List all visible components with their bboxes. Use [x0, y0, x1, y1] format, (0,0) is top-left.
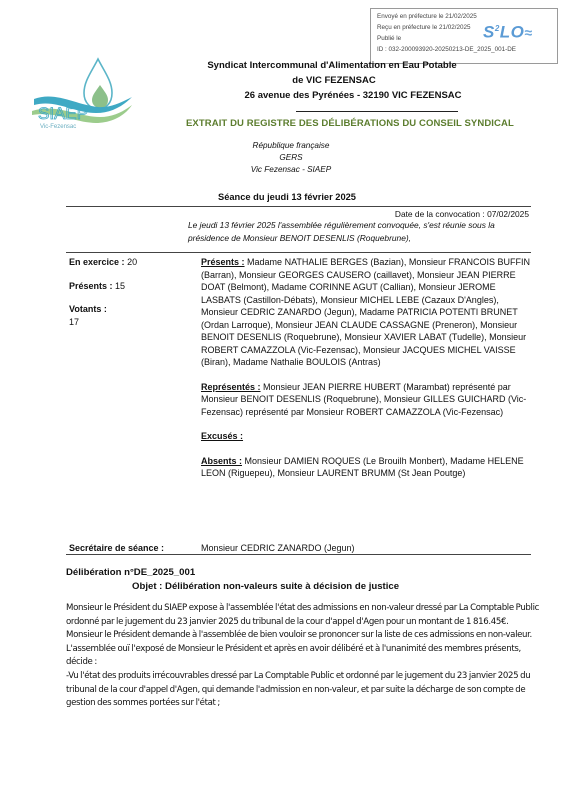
stamp-id: ID : 032-200093920-20250213-DE_2025_001-… — [377, 44, 551, 55]
paragraph: Monsieur le Président demande à l'assemb… — [66, 629, 546, 643]
header-divider — [296, 111, 458, 112]
presents-section: Présents : Madame NATHALIE BERGES (Bazia… — [201, 256, 536, 369]
secretaire-row: Secrétaire de séance :Monsieur CEDRIC ZA… — [69, 543, 355, 553]
commune-line: Vic Fezensac - SIAEP — [216, 164, 366, 176]
slo-logo-icon: S2LO≈ — [483, 23, 533, 39]
deliberation-number: Délibération n°DE_2025_001 — [66, 567, 195, 578]
department-line: GERS — [216, 152, 366, 164]
org-address: 26 avenue des Pyrénées - 32190 VIC FEZEN… — [226, 88, 480, 103]
absents-section: Absents : Monsieur DAMIEN ROQUES (Le Bro… — [201, 455, 536, 480]
secretaire-value: Monsieur CEDRIC ZANARDO (Jegun) — [201, 543, 355, 553]
paragraph: -Vu l'état des produits irrécouvrables d… — [66, 670, 546, 711]
prefecture-stamp: Envoyé en préfecture le 21/02/2025 Reçu … — [370, 8, 558, 64]
divider — [66, 554, 531, 555]
seance-intro: Le jeudi 13 février 2025 l'assemblée rég… — [188, 219, 533, 244]
divider — [66, 206, 531, 207]
svg-text:Vic-Fezensac: Vic-Fezensac — [40, 124, 76, 130]
representes-section: Représentés : Monsieur JEAN PIERRE HUBER… — [201, 381, 536, 419]
deliberation-object: Objet : Délibération non-valeurs suite à… — [132, 581, 399, 592]
absents-text: Monsieur DAMIEN ROQUES (Le Brouilh Monbe… — [201, 456, 524, 479]
presents-text: Madame NATHALIE BERGES (Bazian), Monsieu… — [201, 257, 530, 367]
excuses-section: Excusés : — [201, 430, 536, 443]
siaep-logo: SIAEP Vic-Fezensac — [26, 55, 136, 135]
republique-line: République française — [216, 140, 366, 152]
republique-block: République française GERS Vic Fezensac -… — [216, 140, 366, 176]
organization-header: Syndicat Intercommunal d'Alimentation en… — [170, 58, 480, 103]
count-votants: Votants :17 — [69, 303, 137, 328]
attendance-list: Présents : Madame NATHALIE BERGES (Bazia… — [201, 256, 536, 492]
stamp-sent: Envoyé en préfecture le 21/02/2025 — [377, 11, 551, 22]
svg-text:SIAEP: SIAEP — [38, 104, 88, 123]
member-counts: En exercice : 20 Présents : 15 Votants :… — [69, 256, 137, 328]
paragraph: Monsieur le Président du SIAEP expose à … — [66, 602, 546, 629]
count-presents: Présents : 15 — [69, 280, 137, 293]
org-city: de VIC FEZENSAC — [188, 73, 480, 88]
paragraph: L'assemblée ouï l'exposé de Monsieur le … — [66, 643, 546, 670]
excuses-label: Excusés : — [201, 431, 243, 441]
count-exercice: En exercice : 20 — [69, 256, 137, 269]
absents-label: Absents : — [201, 456, 242, 466]
water-drop-icon: SIAEP Vic-Fezensac — [26, 55, 136, 135]
presents-label: Présents : — [201, 257, 245, 267]
deliberation-body: Monsieur le Président du SIAEP expose à … — [66, 602, 546, 711]
seance-title: Séance du jeudi 13 février 2025 — [218, 192, 356, 202]
org-name: Syndicat Intercommunal d'Alimentation en… — [184, 58, 480, 73]
divider — [66, 252, 531, 253]
representes-label: Représentés : — [201, 382, 261, 392]
convocation-date: Date de la convocation : 07/02/2025 — [395, 209, 529, 219]
secretaire-label: Secrétaire de séance : — [69, 543, 201, 553]
document-title: EXTRAIT DU REGISTRE DES DÉLIBÉRATIONS DU… — [186, 118, 514, 129]
